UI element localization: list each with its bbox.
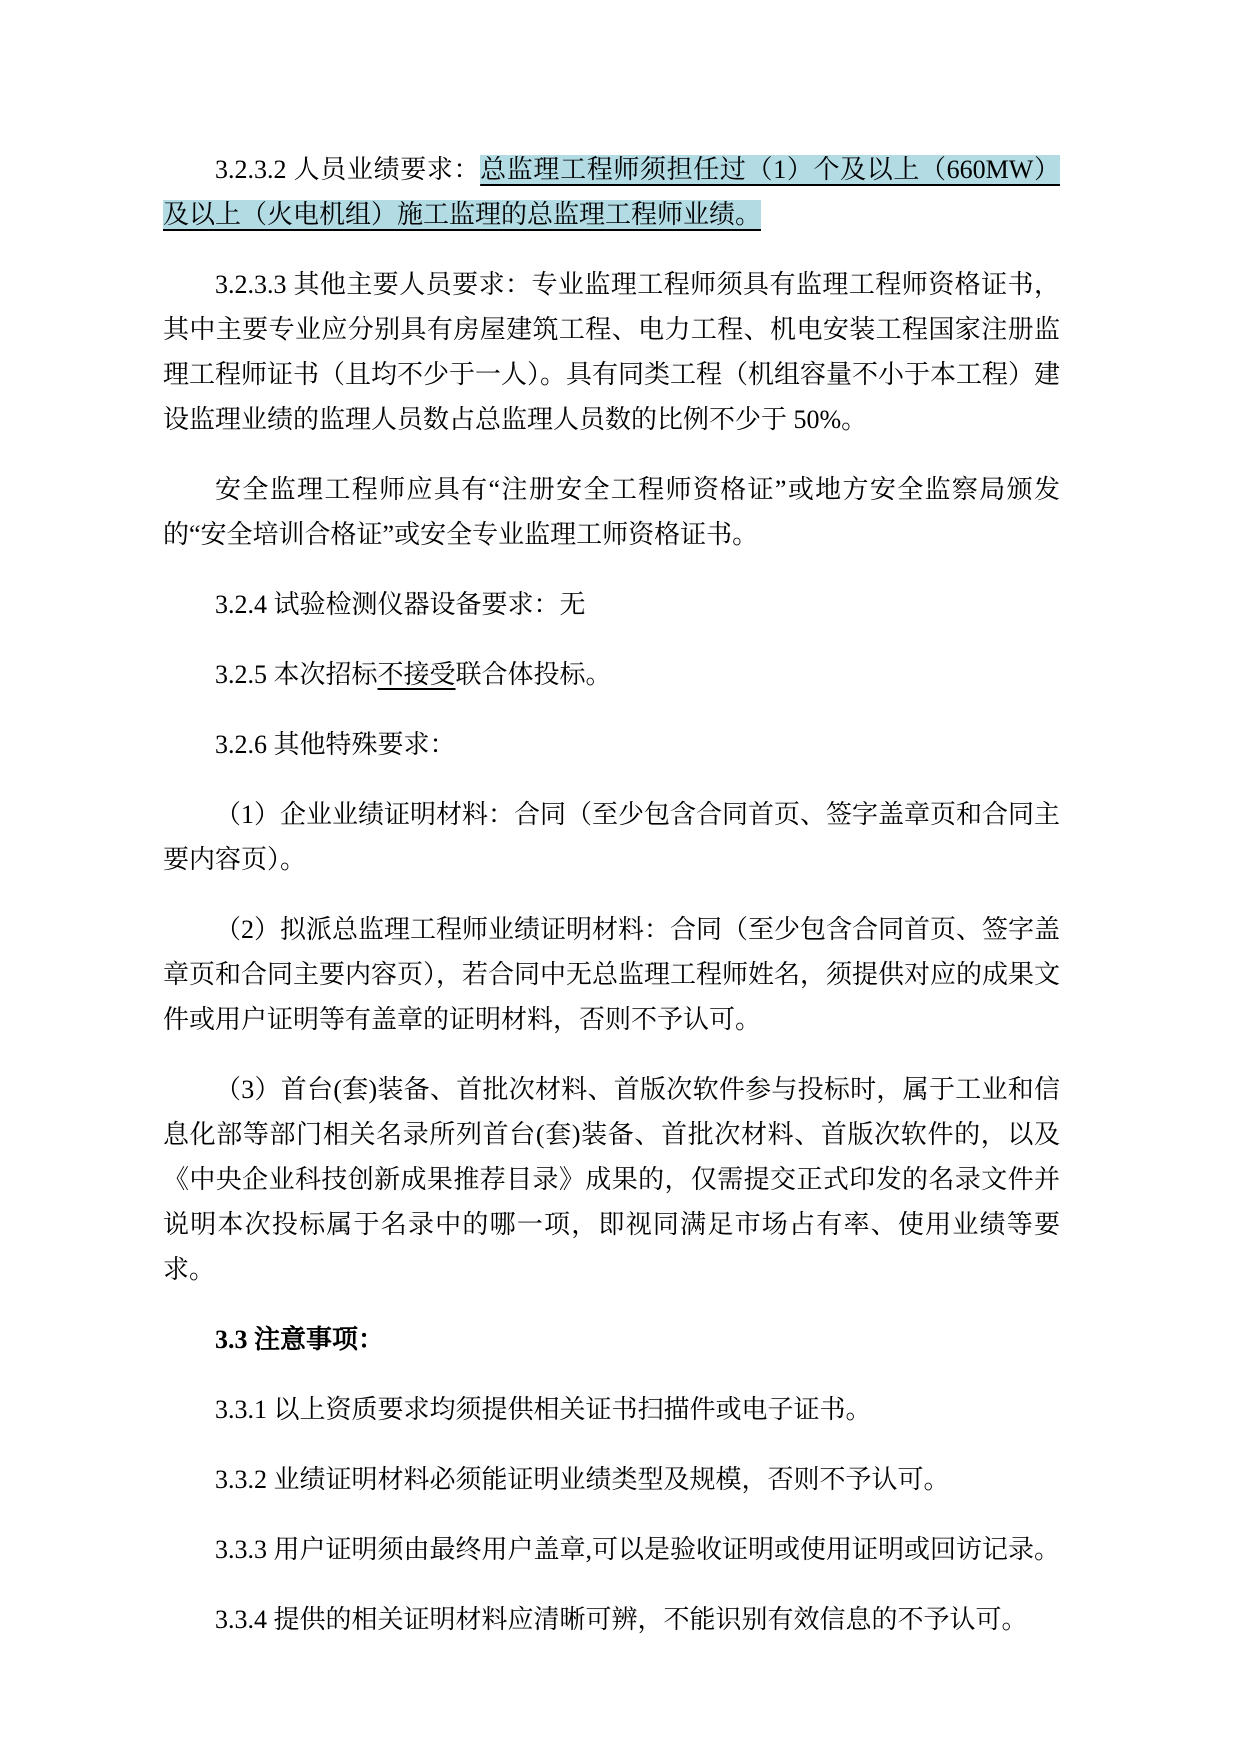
paragraph: 3.2.3.3 其他主要人员要求：专业监理工程师须具有监理工程师资格证书，其中主… [163,262,1060,442]
text-segment: 3.3.3 用户证明须由最终用户盖章,可以是验收证明或使用证明或回访记录。 [215,1535,1060,1564]
paragraph: 3.2.6 其他特殊要求： [163,722,1060,767]
paragraph: 安全监理工程师应具有“注册安全工程师资格证”或地方安全监察局颁发的“安全培训合格… [163,467,1060,557]
text-segment: 安全监理工程师应具有“注册安全工程师资格证”或地方安全监察局颁发的“安全培训合格… [163,475,1060,549]
document-page: 3.2.3.2 人员业绩要求：总监理工程师须担任过（1）个及以上（660MW）及… [0,0,1240,1753]
paragraph: （1）企业业绩证明材料：合同（至少包含合同首页、签字盖章页和合同主要内容页）。 [163,792,1060,882]
paragraph: （3）首台(套)装备、首批次材料、首版次软件参与投标时，属于工业和信息化部等部门… [163,1067,1060,1292]
section-heading: 3.3 注意事项： [163,1317,1060,1362]
text-segment: 3.3 注意事项： [215,1325,384,1354]
text-segment: 3.2.5 本次招标 [215,660,378,689]
text-segment: 3.2.4 试验检测仪器设备要求：无 [215,590,586,619]
text-segment: （3）首台(套)装备、首批次材料、首版次软件参与投标时，属于工业和信息化部等部门… [163,1075,1060,1284]
text-segment: 3.2.3.2 人员业绩要求： [215,155,480,184]
text-segment: 3.3.4 提供的相关证明材料应清晰可辨，不能识别有效信息的不予认可。 [215,1605,1028,1634]
text-segment: （1）企业业绩证明材料：合同（至少包含合同首页、签字盖章页和合同主要内容页）。 [163,800,1060,874]
paragraph: 3.2.3.2 人员业绩要求：总监理工程师须担任过（1）个及以上（660MW）及… [163,147,1060,237]
paragraph: 3.2.4 试验检测仪器设备要求：无 [163,582,1060,627]
text-segment: （2）拟派总监理工程师业绩证明材料：合同（至少包含合同首页、签字盖章页和合同主要… [163,915,1060,1034]
paragraph: 3.3.4 提供的相关证明材料应清晰可辨，不能识别有效信息的不予认可。 [163,1597,1060,1642]
text-segment: 3.3.1 以上资质要求均须提供相关证书扫描件或电子证书。 [215,1395,872,1424]
paragraph: 3.3.2 业绩证明材料必须能证明业绩类型及规模，否则不予认可。 [163,1457,1060,1502]
text-segment: 3.3.2 业绩证明材料必须能证明业绩类型及规模，否则不予认可。 [215,1465,950,1494]
underlined-text: 不接受 [378,660,456,689]
text-segment: 3.2.3.3 其他主要人员要求：专业监理工程师须具有监理工程师资格证书，其中主… [163,270,1060,434]
paragraph: 3.3.1 以上资质要求均须提供相关证书扫描件或电子证书。 [163,1387,1060,1432]
paragraph: 3.2.5 本次招标不接受联合体投标。 [163,652,1060,697]
paragraph: 3.3.3 用户证明须由最终用户盖章,可以是验收证明或使用证明或回访记录。 [163,1527,1060,1572]
text-segment: 3.2.6 其他特殊要求： [215,730,456,759]
paragraph: （2）拟派总监理工程师业绩证明材料：合同（至少包含合同首页、签字盖章页和合同主要… [163,907,1060,1042]
text-segment: 联合体投标。 [456,660,612,689]
document-body: 3.2.3.2 人员业绩要求：总监理工程师须担任过（1）个及以上（660MW）及… [163,147,1060,1667]
